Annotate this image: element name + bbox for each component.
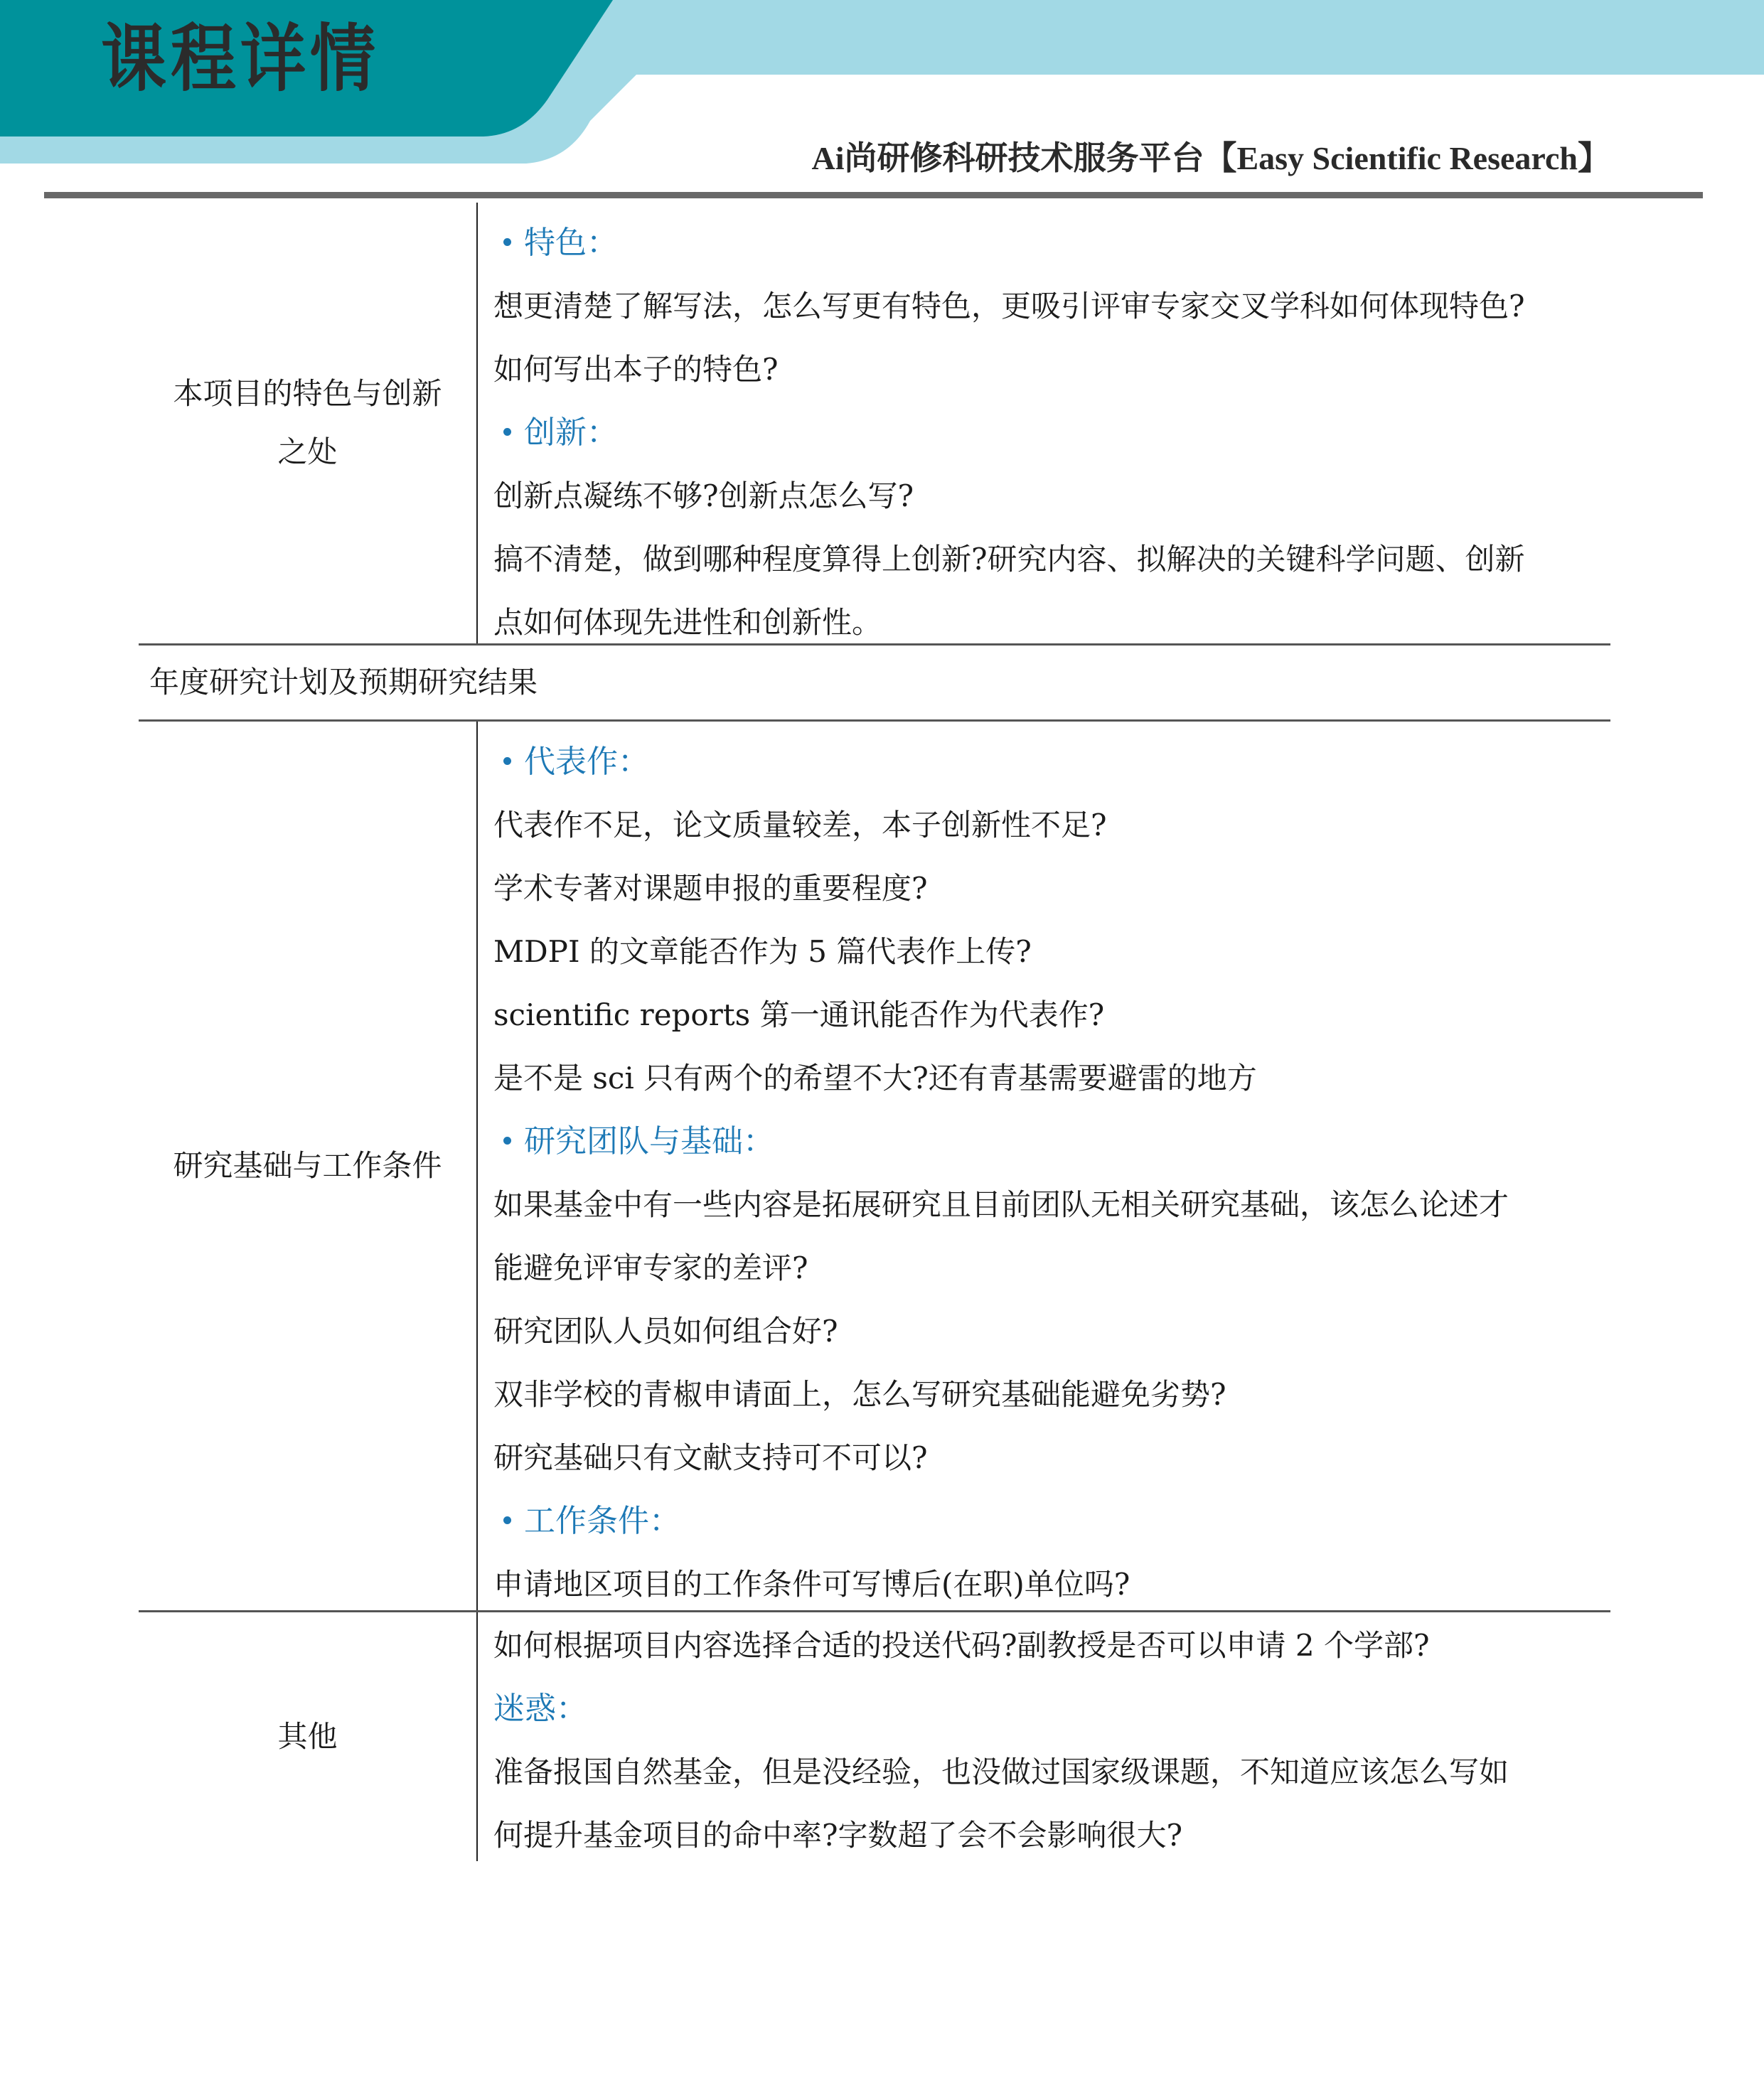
list-item: MDPI 的文章能否作为 5 篇代表作上传? [493,920,1610,983]
list-item: 学术专著对课题申报的重要程度? [493,857,1610,920]
list-item: 能避免评审专家的差评? [493,1236,1610,1300]
table-row-other: 其他 如何根据项目内容选择合适的投送代码?副教授是否可以申请 2 个学部? 迷惑… [139,1612,1610,1861]
list-item: 创新点凝练不够?创新点怎么写? [493,464,1610,527]
list-item: 研究团队人员如何组合好? [493,1300,1610,1363]
list-item: 何提升基金项目的命中率?字数超了会不会影响很大? [493,1804,1610,1867]
row-content: 特色： 想更清楚了解写法，怎么写更有特色，更吸引评审专家交叉学科如何体现特色? … [476,203,1610,643]
section-heading: 创新： [493,401,1610,464]
section-heading: 代表作： [493,730,1610,793]
row-label: 研究基础与工作条件 [139,722,476,1610]
list-item: 点如何体现先进性和创新性。 [493,591,1610,654]
list-item: 准备报国自然基金，但是没经验，也没做过国家级课题，不知道应该怎么写如 [493,1740,1610,1804]
bullet-icon [503,757,511,765]
section-heading: 工作条件： [493,1489,1610,1553]
table-row-features-innovation: 本项目的特色与创新之处 特色： 想更清楚了解写法，怎么写更有特色，更吸引评审专家… [139,203,1610,646]
row-label: 年度研究计划及预期研究结果 [139,646,1610,719]
section-heading: 特色： [493,211,1610,274]
row-content: 如何根据项目内容选择合适的投送代码?副教授是否可以申请 2 个学部? 迷惑： 准… [476,1612,1610,1861]
list-item: 双非学校的青椒申请面上，怎么写研究基础能避免劣势? [493,1363,1610,1426]
row-content: 代表作： 代表作不足，论文质量较差，本子创新性不足? 学术专著对课题申报的重要程… [476,722,1610,1610]
section-heading: 研究团队与基础： [493,1110,1610,1173]
list-item: 是不是 sci 只有两个的希望不大?还有青基需要避雷的地方 [493,1046,1610,1110]
list-item: 研究基础只有文献支持可不可以? [493,1426,1610,1489]
list-item: 如果基金中有一些内容是拓展研究且目前团队无相关研究基础，该怎么论述才 [493,1173,1610,1236]
row-label: 本项目的特色与创新之处 [139,203,476,643]
list-item: 如何写出本子的特色? [493,338,1610,401]
list-item: 搞不清楚，做到哪种程度算得上创新?研究内容、拟解决的关键科学问题、创新 [493,527,1610,591]
section-heading: 迷惑： [493,1677,1610,1740]
course-details-table: 本项目的特色与创新之处 特色： 想更清楚了解写法，怎么写更有特色，更吸引评审专家… [139,203,1610,1861]
row-label: 其他 [139,1612,476,1861]
bullet-icon [503,428,511,436]
bullet-icon [503,1137,511,1145]
bullet-icon [503,238,511,246]
list-item: 代表作不足，论文质量较差，本子创新性不足? [493,793,1610,857]
list-item: 如何根据项目内容选择合适的投送代码?副教授是否可以申请 2 个学部? [493,1614,1610,1677]
page-title: 课程详情 [101,23,380,96]
bullet-icon [503,1516,511,1524]
platform-subtitle: Ai尚研修科研技术服务平台【Easy Scientific Research】 [811,142,1610,175]
header-divider [44,192,1703,198]
table-row-annual-plan: 年度研究计划及预期研究结果 [139,646,1610,722]
list-item: 想更清楚了解写法，怎么写更有特色，更吸引评审专家交叉学科如何体现特色? [493,274,1610,338]
list-item: 申请地区项目的工作条件可写博后(在职)单位吗? [493,1553,1610,1616]
list-item: scientific reports 第一通讯能否作为代表作? [493,983,1610,1046]
table-row-research-foundation: 研究基础与工作条件 代表作： 代表作不足，论文质量较差，本子创新性不足? 学术专… [139,722,1610,1612]
